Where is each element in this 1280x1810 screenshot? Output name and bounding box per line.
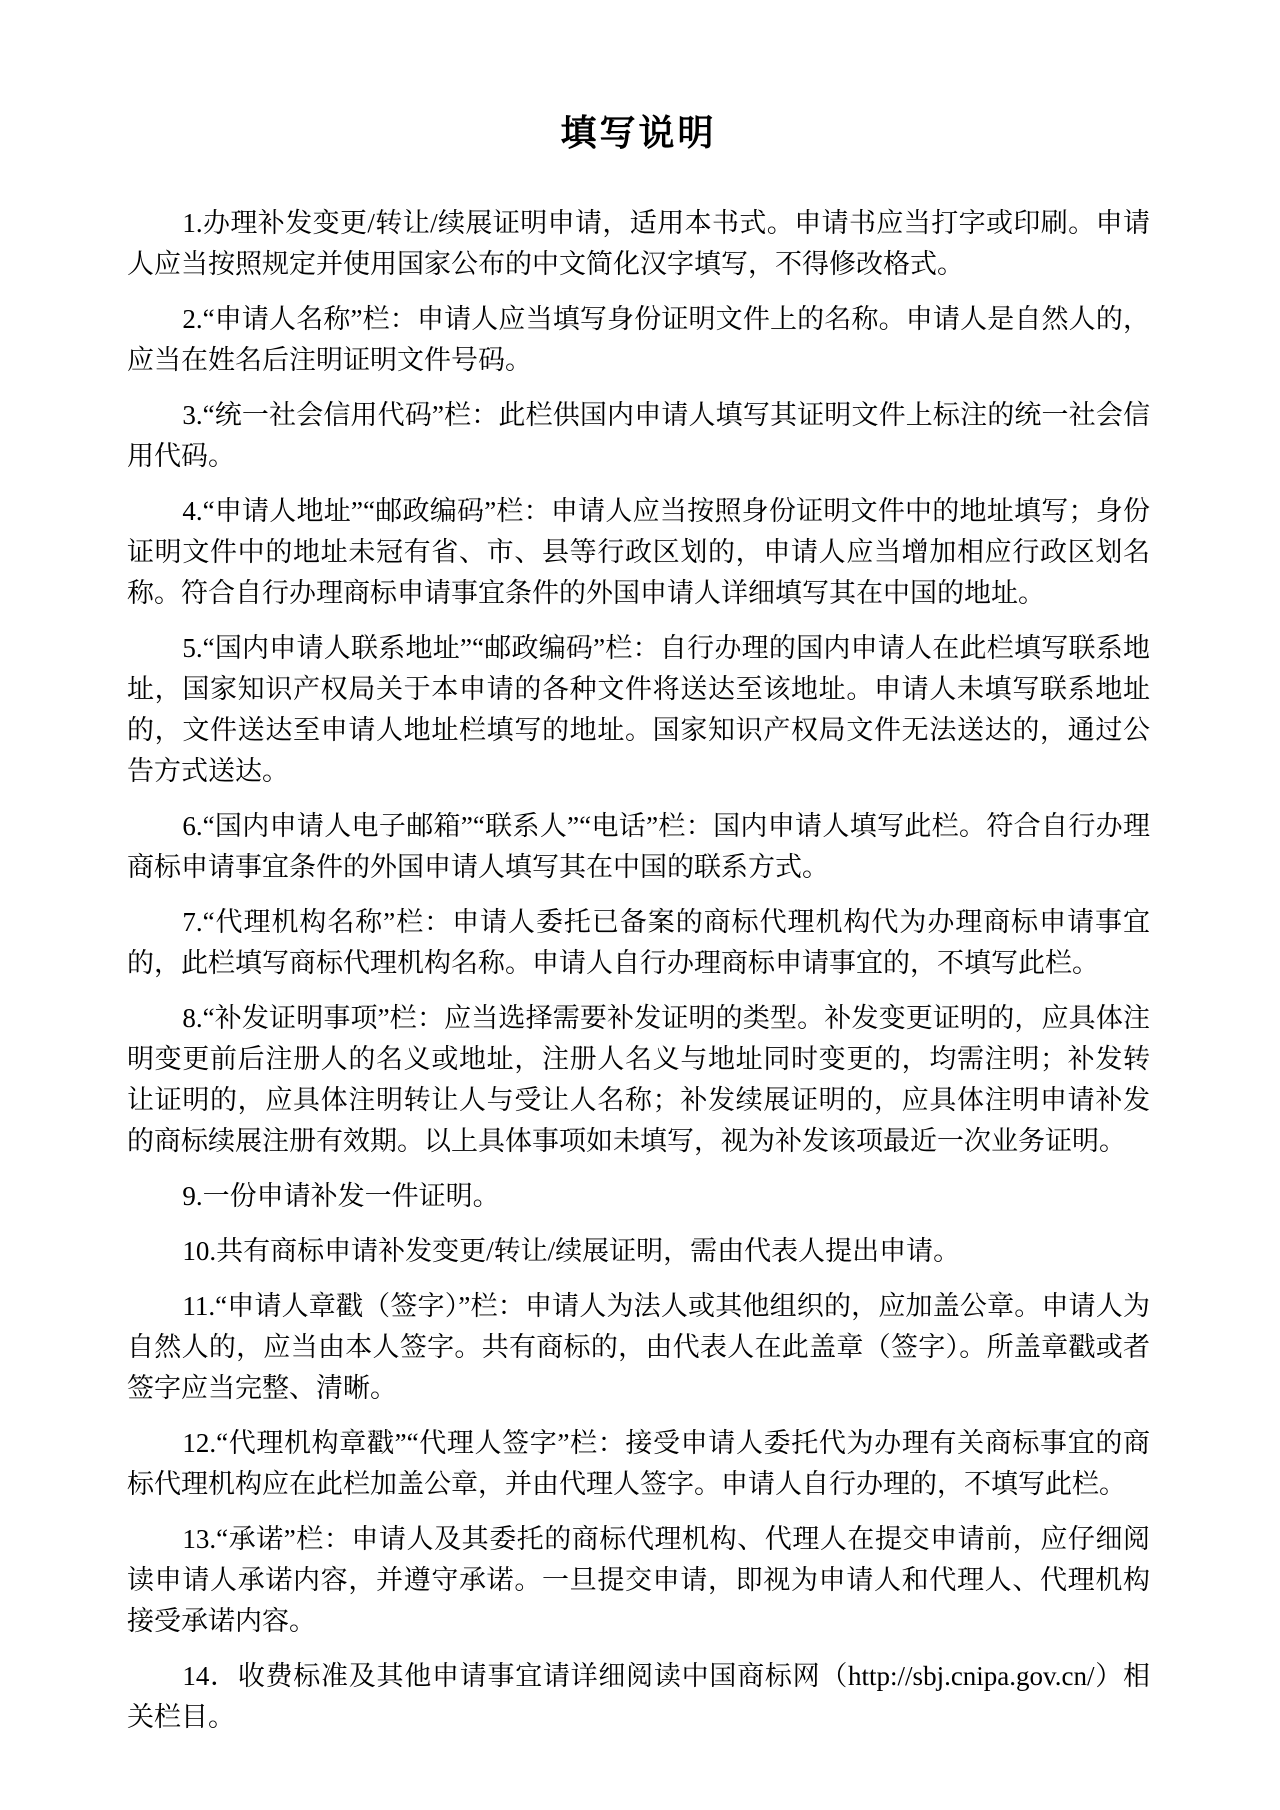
instruction-paragraph-6: 6.“国内申请人电子邮箱”“联系人”“电话”栏：国内申请人填写此栏。符合自行办理… bbox=[127, 806, 1150, 888]
instruction-paragraph-2: 2.“申请人名称”栏：申请人应当填写身份证明文件上的名称。申请人是自然人的，应当… bbox=[127, 299, 1150, 381]
instruction-paragraph-5: 5.“国内申请人联系地址”“邮政编码”栏：自行办理的国内申请人在此栏填写联系地址… bbox=[127, 628, 1150, 792]
instruction-paragraph-13: 13.“承诺”栏：申请人及其委托的商标代理机构、代理人在提交申请前，应仔细阅读申… bbox=[127, 1519, 1150, 1642]
instruction-paragraph-8: 8.“补发证明事项”栏：应当选择需要补发证明的类型。补发变更证明的，应具体注明变… bbox=[127, 998, 1150, 1162]
instruction-paragraph-9: 9.一份申请补发一件证明。 bbox=[127, 1176, 1150, 1217]
page-title: 填写说明 bbox=[127, 112, 1150, 155]
instruction-paragraph-1: 1.办理补发变更/转让/续展证明申请，适用本书式。申请书应当打字或印刷。申请人应… bbox=[127, 203, 1150, 285]
instruction-paragraph-3: 3.“统一社会信用代码”栏：此栏供国内申请人填写其证明文件上标注的统一社会信用代… bbox=[127, 395, 1150, 477]
instruction-paragraph-12: 12.“代理机构章戳”“代理人签字”栏：接受申请人委托代为办理有关商标事宜的商标… bbox=[127, 1423, 1150, 1505]
instruction-paragraph-10: 10.共有商标申请补发变更/转让/续展证明，需由代表人提出申请。 bbox=[127, 1231, 1150, 1272]
instruction-paragraph-7: 7.“代理机构名称”栏：申请人委托已备案的商标代理机构代为办理商标申请事宜的，此… bbox=[127, 902, 1150, 984]
document-page: 填写说明 1.办理补发变更/转让/续展证明申请，适用本书式。申请书应当打字或印刷… bbox=[0, 0, 1280, 1810]
instruction-paragraph-14: 14．收费标准及其他申请事宜请详细阅读中国商标网（http://sbj.cnip… bbox=[127, 1656, 1150, 1738]
instruction-paragraph-11: 11.“申请人章戳（签字）”栏：申请人为法人或其他组织的，应加盖公章。申请人为自… bbox=[127, 1286, 1150, 1409]
instruction-paragraph-4: 4.“申请人地址”“邮政编码”栏：申请人应当按照身份证明文件中的地址填写；身份证… bbox=[127, 491, 1150, 614]
